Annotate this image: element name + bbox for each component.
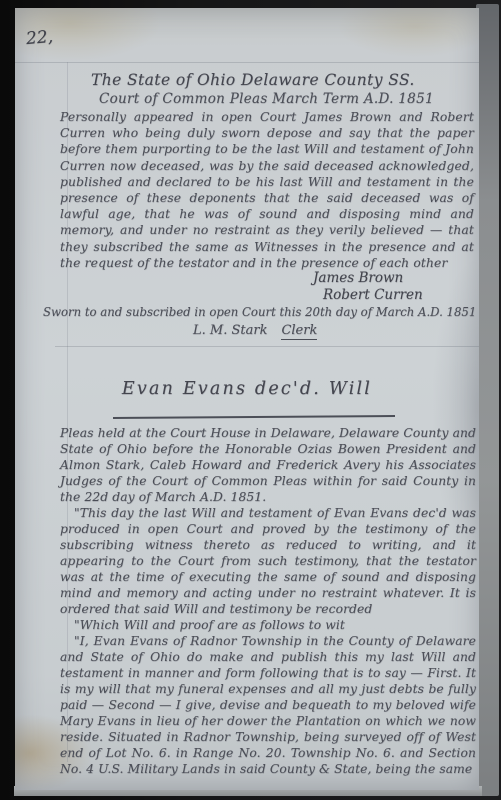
entry1-body-text: Personally appeared in open Court James … [60,109,474,271]
entry2-body-text: Pleas held at the Court House in Delawar… [60,425,476,777]
clerk-title: Clerk [281,323,317,340]
entry2-paragraph-order: "This day the last Will and testament of… [60,505,476,617]
page-number: 22, [25,27,54,49]
witness-signature-james-brown: James Brown [313,270,403,286]
entry1-attestation-line: Sworn to and subscribed in open Court th… [43,305,475,319]
ledger-page: 22, The State of Ohio Delaware County SS… [15,8,479,790]
top-ruled-line [15,62,479,63]
clerk-signature-line: L. M. StarkClerk [193,323,317,338]
entry1-court-heading: The State of Ohio Delaware County SS. [91,71,415,89]
photograph-backdrop: 22, The State of Ohio Delaware County SS… [0,0,501,800]
clerk-signature: L. M. Stark [193,323,267,338]
entry2-heading-underline [113,415,395,419]
entry2-section-heading: Evan Evans dec'd. Will [15,379,479,399]
entry2-paragraph-which-will: "Which Will and proof are as follows to … [60,617,476,633]
book-edge-right [476,4,499,796]
witness-signature-robert-curren: Robert Curren [323,287,423,303]
mid-ruled-line [55,346,479,347]
entry1-term-heading: Court of Common Pleas March Term A.D. 18… [99,91,434,107]
entry2-paragraph-will-text: "I, Evan Evans of Radnor Township in the… [60,633,476,777]
entry2-paragraph-court: Pleas held at the Court House in Delawar… [60,425,476,505]
